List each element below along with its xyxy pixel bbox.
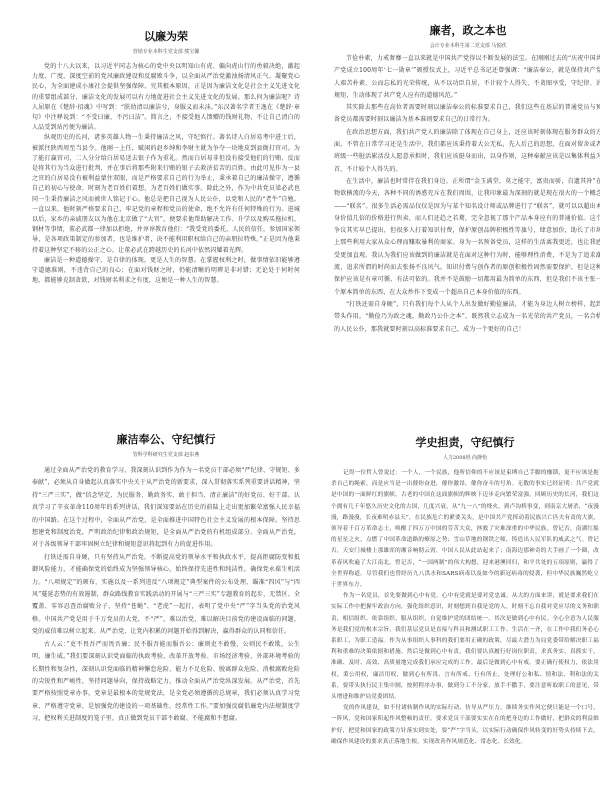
essay-paragraph: 古人云：”吏不畏吾严而畏吾廉；民不服吾能而服吾公；廉则吏不敢慢，公则民不敢欺，公…	[32, 639, 300, 726]
essay-paragraph: 在政治思想方面，我们共产党人的廉洁除了体现在自己身上，还应该时刻体现在服务群众的…	[334, 127, 600, 176]
essay-panel-bottom-right: 学史担责，守纪慎行 人力2008班 尚静怡 记得一位哲人曾说过：一个人，一个民族…	[331, 434, 599, 748]
essay-paragraph: 通过全面从严治党的教育学习，我深刻认识到作为作为一名党员干部必须“严纪律、守规矩…	[32, 465, 300, 552]
essay-title: 学史担责，守纪慎行	[331, 434, 599, 450]
essay-author: 会计专业本科生第二党支部 马悦欣	[334, 42, 600, 49]
essay-panel-top-right: 廉者，政之本也 会计专业本科生第二党支部 马悦欣 节俭朴素，力戒奢靡一直以来就是…	[334, 22, 600, 336]
essay-paragraph: 其实除去那些在高位者需要时刻以廉洁奉公的标准要求自己，我们这些在基层的普通党员与…	[334, 102, 600, 127]
essay-paragraph: 节俭朴素，力戒奢靡一直以来就是中国共产党得以不断发展的法宝。在刚刚过去的“庆祝中…	[334, 53, 600, 102]
essay-title: 以廉为荣	[32, 28, 300, 44]
essay-paragraph: 纵观历史的长河，诸多英雄人物一生秉持廉洁之风，守纪慎行。著名诗人白居易考中进士后…	[32, 133, 300, 255]
essay-paragraph: 打铁还需自身硬，只有坚持从严治党，不断提高党的领导水平和执政水平，提高拒腐防变和…	[32, 552, 300, 639]
essay-panel-bottom-left: 廉洁奉公、守纪慎行 管科学科研究生党支部 赵东燕 通过全面从严治党的教育学习，我…	[32, 431, 300, 726]
essay-paragraph: 作为一名党员，首先要做到心中有党。心中有党就是要对党忠诚。从大的方面来讲，就是要…	[331, 591, 599, 703]
essay-author: 人力2008班 尚静怡	[331, 454, 599, 461]
essay-paragraph: 记得一位哲人曾说过：一个人，一个民族，他所信仰的不应该是束缚自己手脚的枷锁，更不…	[331, 468, 599, 591]
essay-paragraph: 党的作风建设，如不付诸转制作风的实际行动，仿导从严压力，继续务实作风它便只能是一…	[331, 703, 599, 748]
essay-paragraph: 在生活中，廉洁也时常伴在我们身边。正所谓“金玉满堂，莫之能守，富贵而骄，自遗其咎…	[334, 176, 600, 299]
essay-paragraph: 党的十八大以来，以习近平同志为核心的党中央以明知山有虎、偏向虎山行的勇毅决绝，激…	[32, 62, 300, 133]
essay-title: 廉洁奉公、守纪慎行	[32, 431, 300, 447]
essay-paragraph: “打铁还需自身硬”，只有我们每个人从个人出发做好勤俭廉洁，才能为身边人树立榜样，…	[334, 299, 600, 336]
essay-panel-top-left: 以廉为荣 营销专业本科生党支部 熊宝馨 党的十八大以来，以习近平同志为核心的党中…	[32, 28, 300, 286]
essay-author: 营销专业本科生党支部 熊宝馨	[32, 48, 300, 55]
essay-title: 廉者，政之本也	[334, 22, 600, 38]
essay-author: 管科学科研究生党支部 赵东燕	[32, 451, 300, 458]
essay-paragraph: 廉洁是一种道德操守，是自律的体现，更是人生的智慧。在掌握权利之时，做事情依旧能够…	[32, 256, 300, 287]
